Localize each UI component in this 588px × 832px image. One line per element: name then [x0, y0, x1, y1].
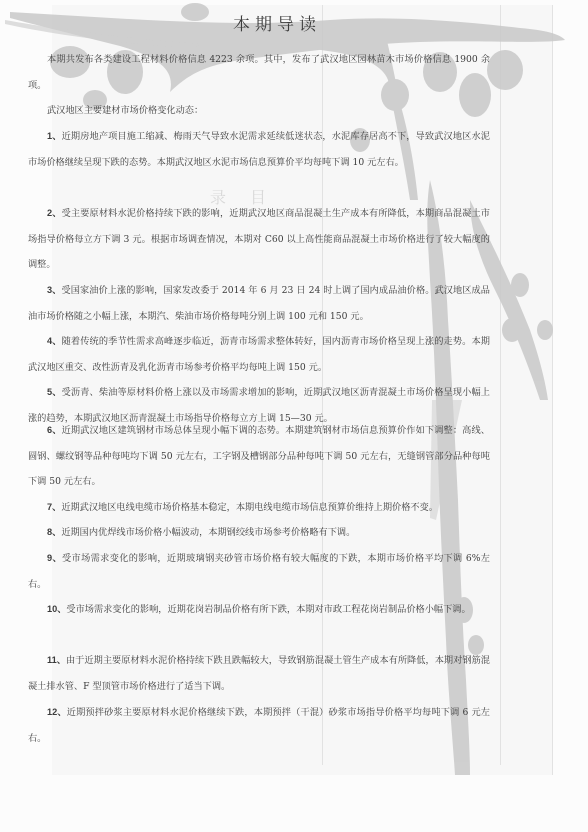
item-text: 由于近期主要原材料水泥价格持续下跌且跌幅较大，导致钢筋混凝土管生产成本有所降低，…	[28, 655, 490, 692]
item-text: 受国家油价上涨的影响，国家发改委于 2014 年 6 月 23 日 24 时上调…	[28, 285, 490, 322]
item-number: 9、	[47, 553, 62, 563]
item-number: 2、	[47, 208, 62, 218]
list-item: 7、近期武汉地区电线电缆市场价格基本稳定，本期电线电缆市场信息预算价维持上期价格…	[28, 495, 490, 521]
item-text: 受市场需求变化的影响，近期花岗岩制品价格有所下跌，本期对市政工程花岗岩制品价格小…	[66, 604, 470, 615]
list-item: 12、近期预拌砂浆主要原材料水泥价格继续下跌，本期预拌（干混）砂浆市场指导价格平…	[28, 700, 490, 751]
list-item: 4、随着传统的季节性需求高峰逐步临近，沥青市场需求整体转好，国内沥青市场价格呈现…	[28, 329, 490, 380]
item-number: 4、	[47, 336, 62, 346]
item-number: 7、	[47, 502, 61, 512]
item-number: 10、	[47, 604, 66, 614]
item-text: 受主要原材料水泥价格持续下跌的影响，近期武汉地区商品混凝土生产成本有所降低，本期…	[28, 208, 490, 270]
item-text: 随着传统的季节性需求高峰逐步临近，沥青市场需求整体转好，国内沥青市场价格呈现上涨…	[28, 336, 490, 373]
item-text: 受市场需求变化的影响，近期玻璃钢夹砂管市场价格有较大幅度的下跌，本期市场价格平均…	[28, 553, 490, 590]
item-number: 6、	[47, 425, 62, 435]
item-number: 12、	[47, 707, 67, 717]
item-number: 1、	[47, 131, 62, 141]
item-text: 近期房地产项目施工缩减、梅雨天气导致水泥需求延续低迷状态，水泥库存居高不下，导致…	[28, 131, 490, 168]
list-item: 6、近期武汉地区建筑钢材市场总体呈现小幅下调的态势。本期建筑钢材市场信息预算价作…	[28, 418, 490, 495]
item-number: 5、	[47, 387, 62, 397]
item-text: 近期国内优焊线市场价格小幅波动，本期钢绞线市场参考价格略有下调。	[61, 527, 355, 538]
list-item: 3、受国家油价上涨的影响，国家发改委于 2014 年 6 月 23 日 24 时…	[28, 278, 490, 329]
item-number: 8、	[47, 527, 61, 537]
section-subheading: 武汉地区主要建材市场价格变化动态：	[28, 98, 490, 124]
item-number: 11、	[47, 655, 66, 665]
intro-paragraph: 本期共发布各类建设工程材料价格信息 4223 余项。其中，发布了武汉地区园林苗木…	[28, 47, 490, 98]
document-page: 录 目 本期导读 本期共发布各类建设工程材料价格信息 4223 余项。其中，发布…	[0, 0, 588, 832]
item-text: 近期预拌砂浆主要原材料水泥价格继续下跌，本期预拌（干混）砂浆市场指导价格平均每吨…	[28, 707, 490, 744]
item-text: 近期武汉地区建筑钢材市场总体呈现小幅下调的态势。本期建筑钢材市场信息预算价作如下…	[28, 425, 490, 487]
item-text: 近期武汉地区电线电缆市场价格基本稳定，本期电线电缆市场信息预算价维持上期价格不变…	[61, 502, 438, 513]
page-title: 本期导读	[233, 10, 433, 35]
list-item: 2、受主要原材料水泥价格持续下跌的影响，近期武汉地区商品混凝土生产成本有所降低，…	[28, 201, 490, 278]
item-number: 3、	[47, 285, 61, 295]
list-item: 1、近期房地产项目施工缩减、梅雨天气导致水泥需求延续低迷状态，水泥库存居高不下，…	[28, 124, 490, 175]
list-item: 9、受市场需求变化的影响，近期玻璃钢夹砂管市场价格有较大幅度的下跌，本期市场价格…	[28, 546, 490, 597]
list-item: 10、受市场需求变化的影响，近期花岗岩制品价格有所下跌，本期对市政工程花岗岩制品…	[28, 597, 490, 623]
list-item: 8、近期国内优焊线市场价格小幅波动，本期钢绞线市场参考价格略有下调。	[28, 520, 490, 546]
list-item: 11、由于近期主要原材料水泥价格持续下跌且跌幅较大，导致钢筋混凝土管生产成本有所…	[28, 648, 490, 699]
